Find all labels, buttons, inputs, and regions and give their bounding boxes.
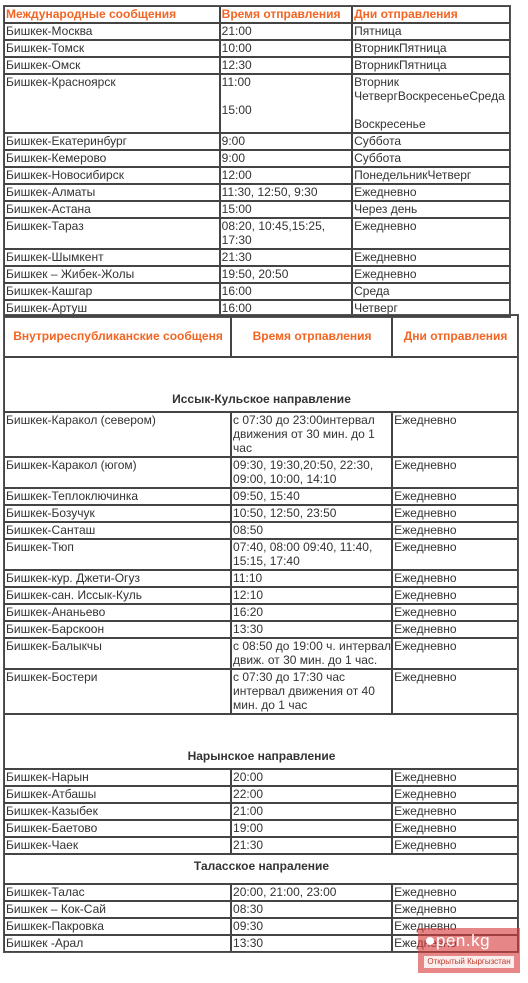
- table-row: Бишкек-Талас20:00, 21:00, 23:00Ежедневно: [4, 884, 518, 901]
- table-row: Бишкек-Бозучук10:50, 12:50, 23:50Ежеднев…: [4, 505, 518, 522]
- route-cell: Бишкек-Астана: [4, 201, 220, 218]
- route-cell: Бишкек-Баетово: [4, 820, 231, 837]
- days-cell: Ежедневно: [392, 820, 518, 837]
- table-row: Бишкек-Казыбек21:00Ежедневно: [4, 803, 518, 820]
- days-cell: Ежедневно: [392, 457, 518, 488]
- watermark-subtitle: Открытый Кыргызстан: [424, 956, 514, 968]
- table-row: Бишкек-Теплоключинка09:50, 15:40Ежедневн…: [4, 488, 518, 505]
- route-cell: Бишкек-Теплоключинка: [4, 488, 231, 505]
- time-cell: 10:00: [220, 40, 352, 57]
- header-route: Внутриреспубликанские сообщеня: [4, 315, 231, 357]
- header-time: Время отправления: [220, 6, 352, 23]
- time-cell-line: час: [233, 441, 391, 455]
- section-header-row: Таласское напраление: [4, 854, 518, 884]
- days-cell: Среда: [352, 283, 510, 300]
- days-cell: Ежедневно: [392, 669, 518, 714]
- time-cell: 09:50, 15:40: [231, 488, 392, 505]
- days-cell-line: [354, 103, 509, 117]
- time-cell-line: 09:30, 19:30,20:50, 22:30,: [233, 458, 391, 472]
- time-cell-line: с 07:30 до 17:30 час: [233, 670, 391, 684]
- days-cell: Ежедневно: [392, 901, 518, 918]
- time-cell-line: [222, 89, 351, 103]
- days-cell: ВторникПятница: [352, 40, 510, 57]
- days-cell: Суббота: [352, 150, 510, 167]
- time-cell: 22:00: [231, 786, 392, 803]
- route-cell: Бишкек-Талас: [4, 884, 231, 901]
- table-row: Бишкек-Алматы11:30, 12:50, 9:30Ежедневно: [4, 184, 510, 201]
- route-cell: Бишкек-Тюп: [4, 539, 231, 570]
- time-cell-line: 07:40, 08:00 09:40, 11:40,: [233, 540, 391, 554]
- time-cell: 11:0015:00: [220, 74, 352, 133]
- days-cell: Суббота: [352, 133, 510, 150]
- days-cell: Ежедневно: [392, 587, 518, 604]
- days-cell: Ежедневно: [392, 837, 518, 854]
- route-cell: Бишкек-Атбашы: [4, 786, 231, 803]
- days-cell: Через день: [352, 201, 510, 218]
- time-cell: 08:30: [231, 901, 392, 918]
- days-cell: Ежедневно: [392, 803, 518, 820]
- route-cell: Бишкек-Екатеринбург: [4, 133, 220, 150]
- time-cell: 13:30: [231, 621, 392, 638]
- table-row: Бишкек-Бостерис 07:30 до 17:30 часинтерв…: [4, 669, 518, 714]
- days-cell: Ежедневно: [392, 570, 518, 587]
- table-row: Бишкек-Кашгар16:00Среда: [4, 283, 510, 300]
- time-cell-line: с 07:30 до 23:00интервал: [233, 413, 391, 427]
- time-cell: 11:30, 12:50, 9:30: [220, 184, 352, 201]
- table-row: Бишкек-Москва 21:00Пятница: [4, 23, 510, 40]
- time-cell: 08:20, 10:45,15:25,17:30: [220, 218, 352, 249]
- table-row: Бишкек-Кемерово9:00Суббота: [4, 150, 510, 167]
- table-row: Бишкек-Тараз08:20, 10:45,15:25,17:30Ежед…: [4, 218, 510, 249]
- route-cell: Бишкек-Кемерово: [4, 150, 220, 167]
- time-cell: 16:20: [231, 604, 392, 621]
- days-cell: Ежедневно: [392, 604, 518, 621]
- time-cell: 09:30, 19:30,20:50, 22:30,09:00, 10:00, …: [231, 457, 392, 488]
- days-cell: Пятница: [352, 23, 510, 40]
- time-cell: 9:00: [220, 150, 352, 167]
- days-cell: Ежедневно: [392, 505, 518, 522]
- route-cell: Бишкек-Шымкент: [4, 249, 220, 266]
- time-cell: с 07:30 до 23:00интервалдвижения от 30 м…: [231, 412, 392, 457]
- time-cell-line: движения от 30 мин. до 1: [233, 427, 391, 441]
- international-schedule-table: Международные сообщения Время отправлени…: [3, 5, 511, 318]
- time-cell: 12:10: [231, 587, 392, 604]
- time-cell: с 08:50 до 19:00 ч. интервалдвиж. от 30 …: [231, 638, 392, 669]
- days-cell: ВторникПятница: [352, 57, 510, 74]
- days-cell: Ежедневно: [352, 266, 510, 283]
- table-row: Бишкек – Кок-Сай08:30Ежедневно: [4, 901, 518, 918]
- days-cell: Ежедневно: [352, 218, 510, 249]
- route-cell: Бишкек-Каракол (югом): [4, 457, 231, 488]
- header-time: Время отрпавления: [231, 315, 392, 357]
- time-cell: 12:30: [220, 57, 352, 74]
- days-cell: Ежедневно: [392, 488, 518, 505]
- days-cell: Ежедневно: [352, 184, 510, 201]
- table-row: Бишкек-сан. Иссык-Куль12:10Ежедневно: [4, 587, 518, 604]
- time-cell: 16:00: [220, 283, 352, 300]
- header-route: Международные сообщения: [4, 6, 220, 23]
- table-row: Бишкек-Тюп07:40, 08:00 09:40, 11:40,15:1…: [4, 539, 518, 570]
- route-cell: Бишкек – Кок-Сай: [4, 901, 231, 918]
- time-cell: 21:00: [231, 803, 392, 820]
- days-cell: ПонедельникЧетверг: [352, 167, 510, 184]
- domestic-header-row: Внутриреспубликанские сообщеня Время отр…: [4, 315, 518, 357]
- section-header-row: Иссык-Кульское направление: [4, 357, 518, 412]
- route-cell: Бишкек-Казыбек: [4, 803, 231, 820]
- watermark-logo: pen.kg: [426, 931, 490, 951]
- time-cell-line: 11:00: [222, 75, 351, 89]
- table-row: Бишкек-Нарын20:00Ежедневно: [4, 769, 518, 786]
- time-cell: 21:30: [220, 249, 352, 266]
- route-cell: Бишкек-Бостери: [4, 669, 231, 714]
- table-row: Бишкек-Барскоон13:30Ежедневно: [4, 621, 518, 638]
- time-cell-line: мин. до 1 час: [233, 698, 391, 712]
- header-days: Дни отправления: [352, 6, 510, 23]
- route-cell: Бишкек-Кашгар: [4, 283, 220, 300]
- table-row: Бишкек-Томск10:00ВторникПятница: [4, 40, 510, 57]
- time-cell-line: движ. от 30 мин. до 1 час.: [233, 653, 391, 667]
- table-row: Бишкек-Атбашы22:00Ежедневно: [4, 786, 518, 803]
- days-cell: Ежедневно: [392, 638, 518, 669]
- table-row: Бишкек-Екатеринбург9:00Суббота: [4, 133, 510, 150]
- table-row: Бишкек-Чаек21:30Ежедневно: [4, 837, 518, 854]
- time-cell-line: 17:30: [222, 233, 351, 247]
- international-header-row: Международные сообщения Время отправлени…: [4, 6, 510, 23]
- table-row: Бишкек-Каракол (севером)с 07:30 до 23:00…: [4, 412, 518, 457]
- table-row: Бишкек-Омск12:30ВторникПятница: [4, 57, 510, 74]
- time-cell: 08:50: [231, 522, 392, 539]
- table-row: Бишкек-Баетово19:00Ежедневно: [4, 820, 518, 837]
- section-title: Нарынское направление: [4, 714, 518, 769]
- table-row: Бишкек-Астана15:00Через день: [4, 201, 510, 218]
- route-cell: Бишкек-Красноярск: [4, 74, 220, 133]
- route-cell: Бишкек-Томск: [4, 40, 220, 57]
- table-row: Бишкек – Жибек-Жолы19:50, 20:50Ежедневно: [4, 266, 510, 283]
- route-cell: Бишкек-Омск: [4, 57, 220, 74]
- section-title: Иссык-Кульское направление: [4, 357, 518, 412]
- days-cell-line: ЧетвергВоскресеньеСреда: [354, 89, 509, 103]
- days-cell: Ежедневно: [352, 249, 510, 266]
- route-cell: Бишкек-Барскоон: [4, 621, 231, 638]
- route-cell: Бишкек-Чаек: [4, 837, 231, 854]
- time-cell: 12:00: [220, 167, 352, 184]
- days-cell: ВторникЧетвергВоскресеньеСредаВоскресень…: [352, 74, 510, 133]
- table-row: Бишкек-Санташ08:50Ежедневно: [4, 522, 518, 539]
- time-cell: 21:30: [231, 837, 392, 854]
- time-cell: 9:00: [220, 133, 352, 150]
- time-cell: 20:00: [231, 769, 392, 786]
- route-cell: Бишкек-Тараз: [4, 218, 220, 249]
- watermark-logo-text: pen.kg: [436, 931, 490, 950]
- dot-icon: [426, 937, 434, 945]
- route-cell: Бишкек-Нарын: [4, 769, 231, 786]
- time-cell: с 07:30 до 17:30 часинтервал движения от…: [231, 669, 392, 714]
- time-cell: 19:00: [231, 820, 392, 837]
- domestic-schedule-table: Внутриреспубликанские сообщеня Время отр…: [3, 314, 519, 953]
- time-cell-line: 15:15, 17:40: [233, 554, 391, 568]
- route-cell: Бишкек-кур. Джети-Огуз: [4, 570, 231, 587]
- table-row: Бишкек-Красноярск11:0015:00ВторникЧетвер…: [4, 74, 510, 133]
- route-cell: Бишкек-Москва: [4, 23, 220, 40]
- route-cell: Бишкек -Арал: [4, 935, 231, 952]
- table-row: Бишкек-Ананьево16:20Ежедневно: [4, 604, 518, 621]
- route-cell: Бишкек-Санташ: [4, 522, 231, 539]
- route-cell: Бишкек-Балыкчы: [4, 638, 231, 669]
- time-cell-line: с 08:50 до 19:00 ч. интервал: [233, 639, 391, 653]
- days-cell: Ежедневно: [392, 884, 518, 901]
- table-row: Бишкек-Каракол (югом)09:30, 19:30,20:50,…: [4, 457, 518, 488]
- table-row: Бишкек-кур. Джети-Огуз11:10Ежедневно: [4, 570, 518, 587]
- table-row: Бишкек-Шымкент21:30Ежедневно: [4, 249, 510, 266]
- time-cell-line: 15:00: [222, 103, 351, 117]
- route-cell: Бишкек – Жибек-Жолы: [4, 266, 220, 283]
- route-cell: Бишкек-Новосибирск: [4, 167, 220, 184]
- section-title: Таласское напраление: [4, 854, 518, 884]
- time-cell: 19:50, 20:50: [220, 266, 352, 283]
- days-cell: Ежедневно: [392, 539, 518, 570]
- time-cell: 07:40, 08:00 09:40, 11:40,15:15, 17:40: [231, 539, 392, 570]
- time-cell: 21:00: [220, 23, 352, 40]
- time-cell: 13:30: [231, 935, 392, 952]
- time-cell: 09:30: [231, 918, 392, 935]
- days-cell: Ежедневно: [392, 621, 518, 638]
- route-cell: Бишкек-Бозучук: [4, 505, 231, 522]
- route-cell: Бишкек-Каракол (севером): [4, 412, 231, 457]
- route-cell: Бишкек-Ананьево: [4, 604, 231, 621]
- table-row: Бишкек-Балыкчыс 08:50 до 19:00 ч. интерв…: [4, 638, 518, 669]
- time-cell-line: 09:00, 10:00, 14:10: [233, 472, 391, 486]
- time-cell: 20:00, 21:00, 23:00: [231, 884, 392, 901]
- days-cell: Ежедневно: [392, 786, 518, 803]
- days-cell-line: Воскресенье: [354, 117, 509, 131]
- days-cell-line: Вторник: [354, 75, 509, 89]
- days-cell: Ежедневно: [392, 769, 518, 786]
- route-cell: Бишкек-Пакровка: [4, 918, 231, 935]
- time-cell: 11:10: [231, 570, 392, 587]
- route-cell: Бишкек-Алматы: [4, 184, 220, 201]
- watermark: pen.kg Открытый Кыргызстан: [418, 928, 520, 973]
- days-cell: Ежедневно: [392, 522, 518, 539]
- days-cell: Ежедневно: [392, 412, 518, 457]
- time-cell: 15:00: [220, 201, 352, 218]
- header-days: Дни отправления: [392, 315, 518, 357]
- time-cell: 10:50, 12:50, 23:50: [231, 505, 392, 522]
- time-cell-line: 08:20, 10:45,15:25,: [222, 219, 351, 233]
- route-cell: Бишкек-сан. Иссык-Куль: [4, 587, 231, 604]
- section-header-row: Нарынское направление: [4, 714, 518, 769]
- time-cell-line: интервал движения от 40: [233, 684, 391, 698]
- table-row: Бишкек-Новосибирск12:00ПонедельникЧетвер…: [4, 167, 510, 184]
